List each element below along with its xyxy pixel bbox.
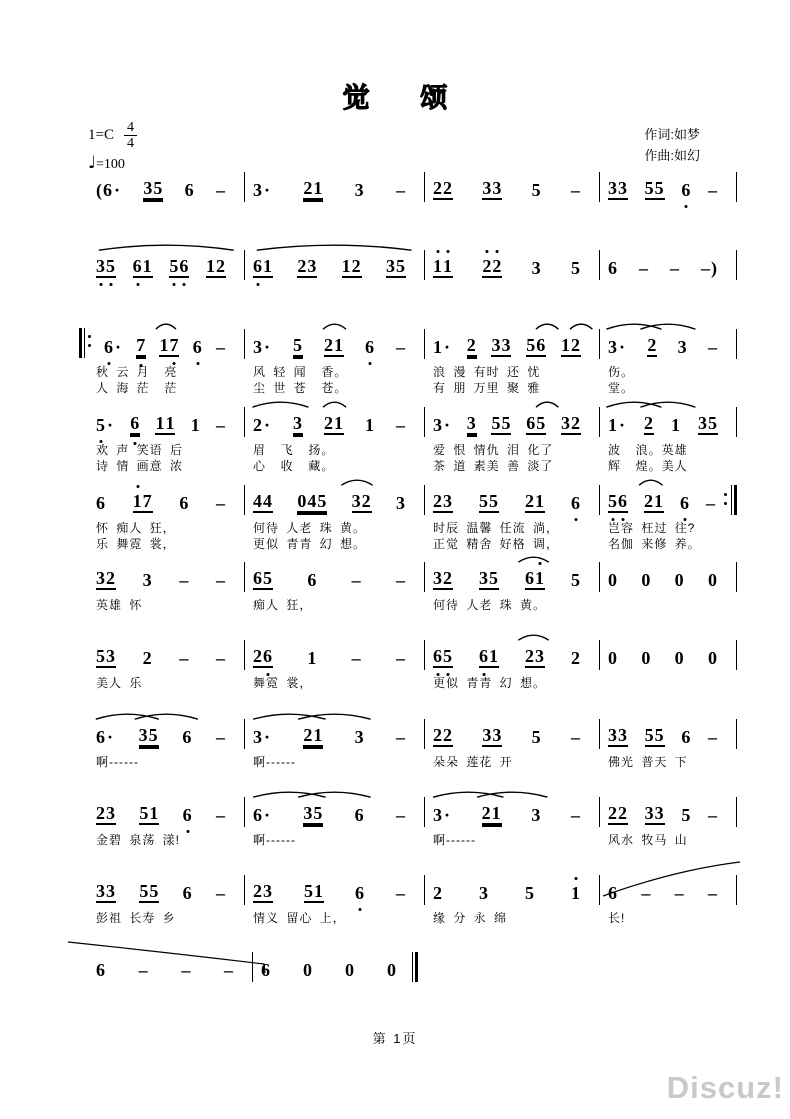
notes-row: 23516– xyxy=(88,797,245,827)
note-token: 6 xyxy=(365,337,375,357)
measure: 35615612 xyxy=(88,250,245,280)
dash: – xyxy=(396,337,406,357)
note-token: 6 xyxy=(130,413,140,435)
note-token: 22 xyxy=(608,803,628,825)
note-digit: 3 xyxy=(143,178,153,198)
note-digit: 3 xyxy=(618,725,628,745)
note-token: – xyxy=(396,648,406,668)
measure: 6561232更似 青青 幻 想。 xyxy=(425,640,600,691)
note-token: 6 xyxy=(680,493,690,513)
note-digit: 1 xyxy=(443,256,453,276)
note-digit: 6 xyxy=(525,568,535,588)
note-token: 1 xyxy=(191,415,201,435)
lyric-line-2: 乐 舞霓 裳， xyxy=(88,536,245,552)
dash: – xyxy=(396,570,406,590)
note-digit: 1 xyxy=(313,178,323,198)
note-token: 23 xyxy=(253,881,273,903)
measure: 112235 xyxy=(425,250,600,280)
note-digit: 3 xyxy=(492,725,502,745)
measure: 532––美人 乐 xyxy=(88,640,245,691)
note-token: 21 xyxy=(525,491,545,513)
note-digit: 3 xyxy=(293,413,303,433)
note-token: 35 xyxy=(143,178,163,200)
note-digit: 5 xyxy=(293,335,303,355)
lyric-line-1: 风 轻 闻 香。 xyxy=(245,364,425,380)
note-token: 32 xyxy=(561,413,581,435)
note-digit: 3 xyxy=(532,258,542,278)
measure: 1·2335612浪 漫 有时 还 忧有 朋 万里 聚 雅 xyxy=(425,329,600,396)
dash: – xyxy=(224,960,234,980)
note-token: 26 xyxy=(253,646,273,668)
note-token: 5 xyxy=(532,727,542,747)
note-digit: 3 xyxy=(535,646,545,666)
note-digit: 3 xyxy=(479,568,489,588)
note-digit: 3 xyxy=(106,646,116,666)
notes-row: 6–––) xyxy=(600,250,737,280)
note-token: 61 xyxy=(479,646,499,668)
note-digit: 3 xyxy=(386,256,396,276)
note-digit: 5 xyxy=(571,258,581,278)
note-digit: 6 xyxy=(183,805,193,825)
note-token: 2 xyxy=(433,883,443,903)
score-system: 6·7176–秋 云 月 亮人 海 茫 茫3·5216–风 轻 闻 香。尘 世 … xyxy=(88,329,737,396)
score-system: 23516–金碧 泉荡 漾!6·356–啊------3·213–啊------… xyxy=(88,797,737,848)
note-token: 35 xyxy=(96,256,116,278)
note-token: 3 xyxy=(355,727,365,747)
note-token: 0 xyxy=(675,648,685,668)
note-digit: 2 xyxy=(571,335,581,355)
slur-arc xyxy=(295,710,374,720)
augmentation-dot: · xyxy=(443,805,452,825)
note-token: 6· xyxy=(104,337,123,357)
sheet-music-page: 觉 颂 1=C 4 4 ♩=100 作词:如梦 作曲:如幻 (6·356–3·2… xyxy=(0,0,790,1119)
note-token: – xyxy=(571,727,581,747)
note-token: 23 xyxy=(96,803,116,825)
note-digit: 2 xyxy=(482,256,492,276)
note-digit: 6 xyxy=(96,960,106,980)
note-digit: 7 xyxy=(143,491,153,511)
score-system: 6176–怀 痴人 狂，乐 舞霓 裳，44045323何待 人老 珠 黄。更似 … xyxy=(88,485,737,552)
note-token: 5· xyxy=(96,415,115,435)
notes-row: 6––– xyxy=(88,952,253,982)
meter-numerator: 4 xyxy=(124,120,137,136)
note-token: 55 xyxy=(645,725,665,747)
measure: 61231235 xyxy=(245,250,425,280)
note-digit: 5 xyxy=(608,491,618,511)
note-token: 3 xyxy=(532,258,542,278)
dash: – xyxy=(396,727,406,747)
tempo-marking: ♩=100 xyxy=(88,153,137,173)
measure: 2·3211–眉 飞 扬。心 收 藏。 xyxy=(245,407,425,474)
note-token: 65 xyxy=(433,646,453,668)
note-digit: 3 xyxy=(443,491,453,511)
note-digit: 3 xyxy=(139,725,149,745)
note-token: – xyxy=(571,805,581,825)
lyric-line-1: 浪 漫 有时 还 忧 xyxy=(425,364,600,380)
time-signature: 4 4 xyxy=(124,120,137,151)
note-digit: 2 xyxy=(106,568,116,588)
note-digit: 5 xyxy=(263,568,273,588)
note-digit: 1 xyxy=(334,413,344,433)
note-digit: 3 xyxy=(482,178,492,198)
note-digit: 5 xyxy=(96,415,106,435)
note-digit: 5 xyxy=(149,725,159,745)
note-token: – xyxy=(216,415,226,435)
note-digit: 5 xyxy=(655,725,665,745)
note-token: 0 xyxy=(708,648,718,668)
note-digit: 6 xyxy=(103,180,113,200)
note-digit: 6 xyxy=(355,883,365,903)
note-digit: 6 xyxy=(681,727,691,747)
note-digit: 5 xyxy=(149,881,159,901)
note-digit: 5 xyxy=(645,725,655,745)
note-token: 6 xyxy=(608,258,618,278)
lyric-line-2: 人 海 茫 茫 xyxy=(88,380,245,396)
note-token: – xyxy=(352,648,362,668)
note-token: 56 xyxy=(608,491,628,513)
note-token: – xyxy=(708,727,718,747)
note-token: 33 xyxy=(608,178,628,200)
note-digit: 5 xyxy=(708,413,718,433)
augmentation-dot: · xyxy=(618,337,627,357)
note-token: 6 xyxy=(183,805,193,825)
augmentation-dot: · xyxy=(618,415,627,435)
notes-row: 3·213– xyxy=(245,172,425,202)
note-digit: 2 xyxy=(324,335,334,355)
note-token: 65 xyxy=(253,568,273,590)
note-digit: 1 xyxy=(314,881,324,901)
note-digit: 2 xyxy=(618,803,628,823)
note-token: – xyxy=(216,337,226,357)
rest: 0 xyxy=(708,570,718,590)
notes-row: 3235615 xyxy=(425,562,600,592)
note-digit: 5 xyxy=(96,646,106,666)
measure: 3235615何待 人老 珠 黄。 xyxy=(425,562,600,613)
dash: – xyxy=(216,180,226,200)
measure: 6·356–啊------ xyxy=(245,797,425,848)
score-system: 5·6111–欢 声 笑语 后诗 情 画意 浓2·3211–眉 飞 扬。心 收 … xyxy=(88,407,737,474)
lyric-line-1: 何待 人老 珠 黄。 xyxy=(245,520,425,536)
note-digit: 5 xyxy=(681,805,691,825)
note-digit: 2 xyxy=(467,335,477,355)
note-digit: 3 xyxy=(355,180,365,200)
note-digit: 6 xyxy=(526,413,536,433)
measure: 1·2135波 浪。英雄辉 煌。美人 xyxy=(600,407,737,474)
note-digit: 5 xyxy=(491,413,501,433)
note-digit: 6 xyxy=(96,727,106,747)
slur-arc xyxy=(638,320,698,330)
note-token: 33 xyxy=(482,725,502,747)
slur-arc xyxy=(93,710,162,720)
score-system: 6·356–啊------3·213–啊------22335–朵朵 莲花 开3… xyxy=(88,719,737,770)
measure: 44045323何待 人老 珠 黄。更似 青青 幻 想。 xyxy=(245,485,425,552)
note-digit: 2 xyxy=(525,646,535,666)
note-token: – xyxy=(396,727,406,747)
note-token: 61 xyxy=(525,568,545,590)
slur-arc xyxy=(517,631,550,641)
note-token: 6 xyxy=(182,727,192,747)
dash: – xyxy=(571,805,581,825)
note-digit: 2 xyxy=(433,178,443,198)
note-digit: 3 xyxy=(352,491,362,511)
measure: 56216–岂容 枉过 往?名伽 来修 养。 xyxy=(600,485,737,552)
note-token: 12 xyxy=(206,256,226,278)
discuz-watermark: Discuz! xyxy=(667,1070,784,1106)
meter-denominator: 4 xyxy=(124,136,137,151)
note-token: 65 xyxy=(526,413,546,435)
note-token: – xyxy=(670,258,680,278)
notes-row: 532–– xyxy=(88,640,245,670)
rest: 0 xyxy=(387,960,397,980)
note-token: – xyxy=(216,570,226,590)
note-digit: 6 xyxy=(608,883,618,903)
note-digit: 3 xyxy=(307,256,317,276)
note-digit: 2 xyxy=(216,256,226,276)
dash: – xyxy=(216,415,226,435)
note-token: 0 xyxy=(641,570,651,590)
note-digit: 1 xyxy=(342,256,352,276)
note-token: 22 xyxy=(433,178,453,200)
measure: 23516–情义 留心 上， xyxy=(245,875,425,926)
note-digit: 5 xyxy=(396,256,406,276)
slur-arc xyxy=(132,710,201,720)
note-token: 3· xyxy=(253,727,272,747)
notes-row: 2355216 xyxy=(425,485,600,515)
augmentation-dot: · xyxy=(114,337,123,357)
dash: – xyxy=(639,258,649,278)
note-token: 5 xyxy=(681,805,691,825)
lyric-line-2: 有 朋 万里 聚 雅 xyxy=(425,380,600,396)
note-digit: 1 xyxy=(334,335,344,355)
note-digit: 6 xyxy=(133,256,143,276)
note-token: 3 xyxy=(355,180,365,200)
slur-arc xyxy=(604,320,664,330)
measure: 6–––) xyxy=(600,250,737,280)
dash: – xyxy=(396,648,406,668)
lyric-line-1: 痴人 狂， xyxy=(245,597,425,613)
slur-arc xyxy=(340,476,374,486)
note-token: – xyxy=(675,883,685,903)
lyric-line-1: 爱 恨 情仇 泪 化了 xyxy=(425,442,600,458)
credits-block: 作词:如梦 作曲:如幻 xyxy=(644,124,700,166)
dash: – xyxy=(708,727,718,747)
note-token: – xyxy=(708,805,718,825)
note-digit: 3 xyxy=(678,337,688,357)
note-digit: 1 xyxy=(143,256,153,276)
lyric-line-2: 更似 青青 幻 想。 xyxy=(245,536,425,552)
slur-arc xyxy=(638,476,663,486)
note-digit: 7 xyxy=(169,335,179,355)
note-token: 0 xyxy=(641,648,651,668)
note-digit: 1 xyxy=(365,415,375,435)
slur-arc xyxy=(638,398,698,408)
notes-row: 2351 xyxy=(425,875,600,905)
slur-arc xyxy=(295,788,374,798)
measure: 5·6111–欢 声 笑语 后诗 情 画意 浓 xyxy=(88,407,245,474)
lyric-line-1: 啊------ xyxy=(245,832,425,848)
notes-row: 3·3556532 xyxy=(425,407,600,437)
note-digit: 3 xyxy=(96,881,106,901)
note-digit: 1 xyxy=(263,256,273,276)
note-digit: 1 xyxy=(433,337,443,357)
note-token: – xyxy=(396,805,406,825)
measure: 0000 xyxy=(600,562,737,597)
note-token: 51 xyxy=(304,881,324,903)
augmentation-dot: · xyxy=(263,727,272,747)
measure: 22335–风水 牧马 山 xyxy=(600,797,737,848)
rest: 0 xyxy=(345,960,355,980)
notes-row: 22335– xyxy=(425,172,600,202)
rest: 0 xyxy=(675,648,685,668)
note-token: 5 xyxy=(532,180,542,200)
note-token: 61 xyxy=(133,256,153,278)
note-token: 2 xyxy=(143,648,153,668)
note-token: 44 xyxy=(253,491,273,513)
lyric-line-2: 尘 世 苍 苍。 xyxy=(245,380,425,396)
slur-arc xyxy=(569,320,593,330)
measure: 3·23–伤。堂。 xyxy=(600,329,737,396)
note-digit: 5 xyxy=(536,413,546,433)
note-digit: 1 xyxy=(561,335,571,355)
note-digit: 4 xyxy=(263,491,273,511)
note-token: 3 xyxy=(467,413,477,435)
note-token: – xyxy=(396,337,406,357)
note-digit: 2 xyxy=(253,415,263,435)
measure: 2355216时辰 温馨 任流 淌，正觉 精舍 好格 调， xyxy=(425,485,600,552)
note-token: 35 xyxy=(386,256,406,278)
note-token: 11 xyxy=(433,256,453,278)
dash: – xyxy=(708,883,718,903)
lyric-line-1: 英雄 怀 xyxy=(88,597,245,613)
note-digit: 2 xyxy=(443,178,453,198)
note-token: 3 xyxy=(396,493,406,513)
lyric-line-1: 金碧 泉荡 漾! xyxy=(88,832,245,848)
note-token: 2 xyxy=(467,335,477,357)
measure: 3·213–啊------ xyxy=(245,719,425,770)
note-digit: 1 xyxy=(191,415,201,435)
note-digit: 5 xyxy=(532,180,542,200)
note-token: 22 xyxy=(433,725,453,747)
note-digit: 6 xyxy=(183,883,193,903)
note-digit: 2 xyxy=(96,803,106,823)
lyric-line-1: 何待 人老 珠 黄。 xyxy=(425,597,600,613)
notes-row: 323–– xyxy=(88,562,245,592)
note-digit: 2 xyxy=(433,491,443,511)
score-system: 323––英雄 怀656––痴人 狂，3235615何待 人老 珠 黄。0000 xyxy=(88,562,737,613)
note-token: – xyxy=(216,727,226,747)
lyric-line-1: 眉 飞 扬。 xyxy=(245,442,425,458)
slur-arc xyxy=(250,788,329,798)
note-digit: 3 xyxy=(618,178,628,198)
note-token: 6 xyxy=(608,883,618,903)
note-token: 11 xyxy=(155,413,175,435)
slur-arc xyxy=(155,320,177,330)
measure: 323––英雄 怀 xyxy=(88,562,245,613)
notes-row: 56216– xyxy=(600,485,737,515)
note-token: – xyxy=(181,960,191,980)
song-title: 觉 颂 xyxy=(0,76,790,115)
measure: 6176–怀 痴人 狂，乐 舞霓 裳， xyxy=(88,485,245,552)
augmentation-dot: · xyxy=(443,337,452,357)
notes-row: 656–– xyxy=(245,562,425,592)
note-digit: 2 xyxy=(253,881,263,901)
dash: – xyxy=(352,648,362,668)
note-digit: 2 xyxy=(644,413,654,433)
lyric-line-1: 啊------ xyxy=(425,832,600,848)
note-digit: 1 xyxy=(159,335,169,355)
note-token: 1 xyxy=(671,415,681,435)
lyric-line-1: 舞霓 裳， xyxy=(245,675,425,691)
notes-row: 0000 xyxy=(600,562,737,592)
note-token: – xyxy=(641,883,651,903)
note-digit: 3 xyxy=(433,568,443,588)
dash: – xyxy=(216,570,226,590)
note-digit: 6 xyxy=(365,337,375,357)
tempo-value: =100 xyxy=(96,157,125,172)
note-digit: 2 xyxy=(571,413,581,433)
score-system: (6·356–3·213–22335–33556– xyxy=(88,172,737,202)
augmentation-dot: · xyxy=(443,415,452,435)
note-token: 17 xyxy=(159,335,179,357)
note-token: 0 xyxy=(303,960,313,980)
notes-row: 23516– xyxy=(245,875,425,905)
notes-row: (6·356– xyxy=(88,172,245,202)
measure: 6·7176–秋 云 月 亮人 海 茫 茫 xyxy=(88,329,245,396)
note-token: 6 xyxy=(681,727,691,747)
lyric-line-2: 茶 道 素美 善 淡了 xyxy=(425,458,600,474)
lyric-line-1: 情义 留心 上， xyxy=(245,910,425,926)
score-system: 35615612612312351122356–––) xyxy=(88,250,737,280)
quarter-note-icon: ♩ xyxy=(88,153,96,173)
dash: – xyxy=(179,570,189,590)
dash: – xyxy=(701,258,711,278)
note-digit: 3 xyxy=(355,727,365,747)
score-system: 33556–彭祖 长寿 乡23516–情义 留心 上，2351缘 分 永 绵6–… xyxy=(88,875,737,926)
lyric-line-1: 岂容 枉过 往? xyxy=(600,520,737,536)
note-digit: 1 xyxy=(149,803,159,823)
note-digit: 1 xyxy=(307,648,317,668)
dash: – xyxy=(670,258,680,278)
note-token: 55 xyxy=(479,491,499,513)
note-digit: 3 xyxy=(608,337,618,357)
note-digit: 6 xyxy=(193,337,203,357)
note-digit: 3 xyxy=(608,725,618,745)
note-token: 12 xyxy=(561,335,581,357)
note-token: 56 xyxy=(169,256,189,278)
note-token: –) xyxy=(701,258,718,278)
note-token: 33 xyxy=(482,178,502,200)
lyric-line-1: 彭祖 长寿 乡 xyxy=(88,910,245,926)
note-token: 6 xyxy=(185,180,195,200)
note-token: (6· xyxy=(96,180,122,200)
augmentation-dot: · xyxy=(113,180,122,200)
note-token: 5 xyxy=(571,570,581,590)
dash: – xyxy=(706,493,716,513)
note-digit: 2 xyxy=(482,803,492,823)
note-digit: 6 xyxy=(571,493,581,513)
lyric-line-1: 风水 牧马 山 xyxy=(600,832,737,848)
note-token: 6 xyxy=(307,570,317,590)
begin-repeat-barline xyxy=(79,328,94,358)
note-token: 21 xyxy=(324,413,344,435)
note-digit: 3 xyxy=(253,180,263,200)
notes-row: 33556– xyxy=(600,172,737,202)
note-token: 3· xyxy=(253,180,272,200)
note-token: 2 xyxy=(644,413,654,435)
note-token: 5 xyxy=(293,335,303,357)
note-digit: 1 xyxy=(206,256,216,276)
note-digit: 2 xyxy=(143,648,153,668)
